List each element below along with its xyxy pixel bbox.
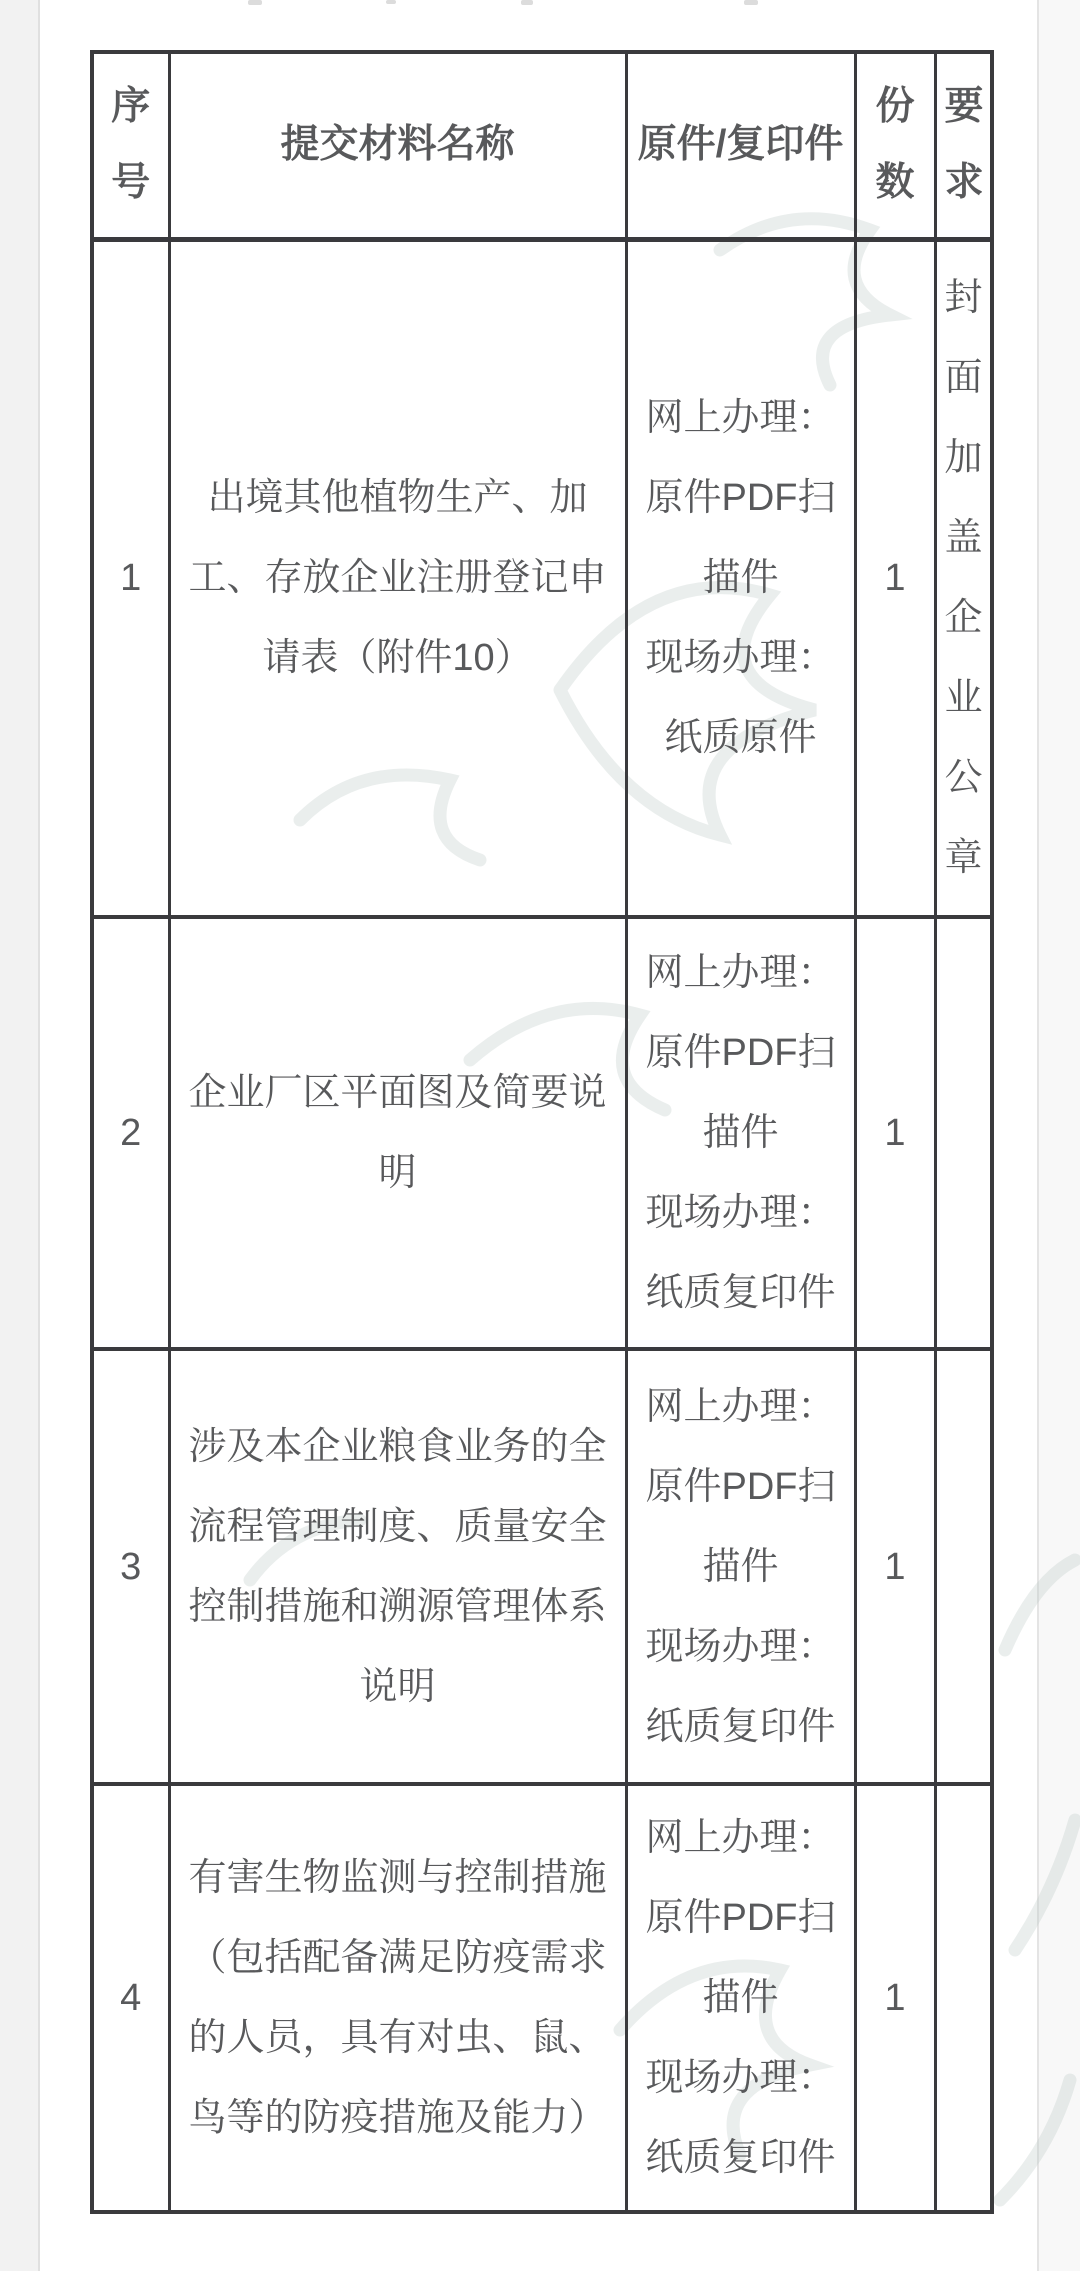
table-row: 2 企业厂区平面图及简要说 明 网上办理： 原件PDF扫 描件 现场办理： 纸质… <box>92 917 992 1349</box>
header-copies: 份 数 <box>855 52 935 239</box>
cropped-text-remnant <box>744 0 758 5</box>
header-requirement: 要 求 <box>935 52 992 239</box>
table-row: 4 有害生物监测与控制措施 （包括配备满足防疫需求 的人员，具有对虫、鼠、 鸟等… <box>92 1784 992 2212</box>
cell-copies: 1 <box>855 1784 935 2212</box>
cell-seq: 1 <box>92 239 169 917</box>
cropped-text-remnant <box>386 0 396 4</box>
header-original-copy: 原件/复印件 <box>626 52 855 239</box>
cropped-text-remnant <box>521 0 533 5</box>
cell-requirement: 封 面 加 盖 企 业 公 章 <box>935 239 992 917</box>
materials-table: 序 号 提交材料名称 原件/复印件 份 数 要 求 1 出境其他植物生产、加 工… <box>90 50 994 2214</box>
cropped-text-remnant <box>248 0 262 5</box>
cell-material-name: 出境其他植物生产、加 工、存放企业注册登记申 请表（附件10） <box>169 239 626 917</box>
header-seq: 序 号 <box>92 52 169 239</box>
table-header-row: 序 号 提交材料名称 原件/复印件 份 数 要 求 <box>92 52 992 239</box>
cell-copies: 1 <box>855 917 935 1349</box>
cell-original-copy: 网上办理： 原件PDF扫 描件 现场办理： 纸质复印件 <box>626 1784 855 2212</box>
cell-copies: 1 <box>855 239 935 917</box>
table-row: 1 出境其他植物生产、加 工、存放企业注册登记申 请表（附件10） 网上办理： … <box>92 239 992 917</box>
cell-original-copy: 网上办理： 原件PDF扫 描件 现场办理： 纸质原件 <box>626 239 855 917</box>
cell-original-copy: 网上办理： 原件PDF扫 描件 现场办理： 纸质复印件 <box>626 1349 855 1784</box>
cell-requirement <box>935 1349 992 1784</box>
cell-seq: 2 <box>92 917 169 1349</box>
cell-requirement <box>935 1784 992 2212</box>
cell-seq: 3 <box>92 1349 169 1784</box>
header-material-name: 提交材料名称 <box>169 52 626 239</box>
cell-seq: 4 <box>92 1784 169 2212</box>
table-row: 3 涉及本企业粮食业务的全 流程管理制度、质量安全 控制措施和溯源管理体系 说明… <box>92 1349 992 1784</box>
cell-material-name: 涉及本企业粮食业务的全 流程管理制度、质量安全 控制措施和溯源管理体系 说明 <box>169 1349 626 1784</box>
right-margin-strip <box>1037 0 1080 2271</box>
cell-copies: 1 <box>855 1349 935 1784</box>
cell-original-copy: 网上办理： 原件PDF扫 描件 现场办理： 纸质复印件 <box>626 917 855 1349</box>
cell-requirement <box>935 917 992 1349</box>
left-margin-strip <box>0 0 40 2271</box>
cell-material-name: 有害生物监测与控制措施 （包括配备满足防疫需求 的人员，具有对虫、鼠、 鸟等的防… <box>169 1784 626 2212</box>
cell-material-name: 企业厂区平面图及简要说 明 <box>169 917 626 1349</box>
document-page: 序 号 提交材料名称 原件/复印件 份 数 要 求 1 出境其他植物生产、加 工… <box>0 0 1080 2271</box>
